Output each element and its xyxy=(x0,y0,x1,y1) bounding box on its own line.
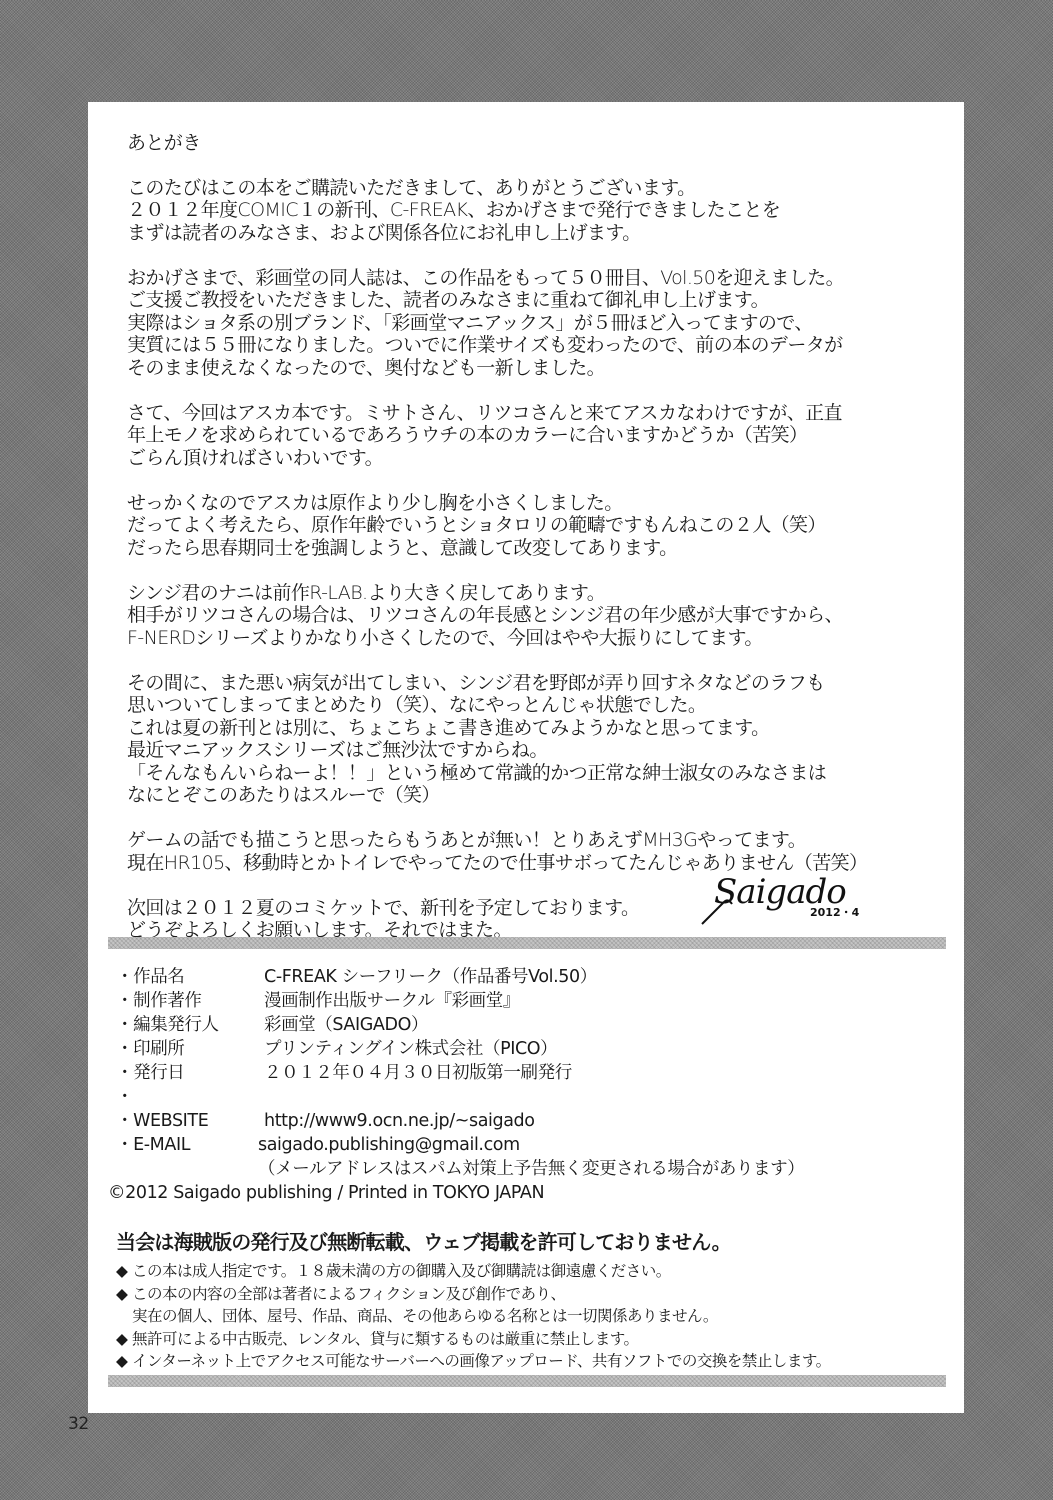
colophon-label: ・発行日 xyxy=(116,1061,264,1085)
text-line: シンジ君のナニは前作R-LAB.より大きく戻してあります。 xyxy=(127,582,937,605)
separator-bar xyxy=(108,937,946,949)
afterword-paragraph: このたびはこの本をご購読いただきまして、ありがとうございます。 ２０１２年度CO… xyxy=(127,177,937,245)
text-line: おかげさまで、彩画堂の同人誌は、この作品をもって５０冊目、Vol.50を迎えまし… xyxy=(127,267,937,290)
colophon-label: ・作品名 xyxy=(116,965,264,989)
colophon-value: C-FREAK シーフリーク（作品番号Vol.50） xyxy=(264,965,597,989)
text-line: なにとぞこのあたりはスルーで（笑） xyxy=(127,784,937,807)
notice-title: 当会は海賊版の発行及び無断転載、ウェブ掲載を許可しておりません。 xyxy=(116,1228,956,1256)
text-line: そのまま使えなくなったので、奥付なども一新しました。 xyxy=(127,357,937,380)
copyright-line: ©2012 Saigado publishing / Printed in TO… xyxy=(108,1181,946,1205)
author-signature: Saigado 2012・4 xyxy=(698,862,898,932)
text-line: このたびはこの本をご購読いただきまして、ありがとうございます。 xyxy=(127,177,937,200)
text-line: 思いついてしまってまとめたり（笑）、なにやっとんじゃ状態でした。 xyxy=(127,694,937,717)
notice-item: ◆インターネット上でアクセス可能なサーバーへの画像アップロード、共有ソフトでの交… xyxy=(116,1350,956,1373)
afterword-paragraph: さて、今回はアスカ本です。ミサトさん、リツコさんと来てアスカなわけですが、正直 … xyxy=(127,402,937,470)
text-line: だってよく考えたら、原作年齢でいうとショタロリの範疇ですもんねこの２人（笑） xyxy=(127,514,937,537)
document-page: あとがき このたびはこの本をご購読いただきまして、ありがとうございます。 ２０１… xyxy=(88,102,964,1413)
text-line: さて、今回はアスカ本です。ミサトさん、リツコさんと来てアスカなわけですが、正直 xyxy=(127,402,937,425)
colophon: ・作品名 C-FREAK シーフリーク（作品番号Vol.50） ・制作著作 漫画… xyxy=(116,965,946,1205)
text-line: F-NERDシリーズよりかなり小さくしたので、今回はやや大振りにしてます。 xyxy=(127,627,937,650)
colophon-label: ・印刷所 xyxy=(116,1037,264,1061)
text-line: だったら思春期同士を強調しようと、意識して改変してあります。 xyxy=(127,537,937,560)
colophon-email-note: （メールアドレスはスパム対策上予告無く変更される場合があります） xyxy=(116,1157,946,1181)
notice-item: ◆この本の内容の全部は著者によるフィクション及び創作であり、 xyxy=(116,1283,956,1306)
colophon-row-email: ・E-MAIL saigado.publishing@gmail.com xyxy=(116,1133,946,1157)
text-line: ご支援ご教授をいただきました、読者のみなさまに重ねて御礼申し上げます。 xyxy=(127,289,937,312)
colophon-row-website: ・WEBSITE http://www9.ocn.ne.jp/~saigado xyxy=(116,1109,946,1133)
diamond-bullet-icon: ◆ xyxy=(116,1350,132,1373)
colophon-label: ・WEBSITE xyxy=(116,1109,264,1133)
text-line: ゲームの話でも描こうと思ったらもうあとが無い！とりあえずMH3Gやってます。 xyxy=(127,829,937,852)
afterword-paragraph: シンジ君のナニは前作R-LAB.より大きく戻してあります。 相手がリツコさんの場… xyxy=(127,582,937,650)
notice-item-text: インターネット上でアクセス可能なサーバーへの画像アップロード、共有ソフトでの交換… xyxy=(132,1352,831,1370)
colophon-row-title: ・作品名 C-FREAK シーフリーク（作品番号Vol.50） xyxy=(116,965,946,989)
diamond-bullet-icon: ◆ xyxy=(116,1260,132,1283)
diamond-bullet-icon: ◆ xyxy=(116,1283,132,1306)
notice-item-continuation: 実在の個人、団体、屋号、作品、商品、その他あらゆる名称とは一切関係ありません。 xyxy=(116,1305,956,1328)
notice-item-text: 無許可による中古販売、レンタル、貸与に類するものは厳重に禁止します。 xyxy=(132,1330,639,1348)
colophon-row-date: ・発行日 ２０１２年０４月３０日初版第一刷発行 xyxy=(116,1061,946,1085)
text-line: せっかくなのでアスカは原作より少し胸を小さくしました。 xyxy=(127,492,937,515)
colophon-row-publisher: ・編集発行人 彩画堂（SAIGADO） xyxy=(116,1013,946,1037)
colophon-row-empty: ・ xyxy=(116,1085,946,1109)
text-line: ２０１２年度COMIC１の新刊、C-FREAK、おかげさまで発行できましたことを xyxy=(127,199,937,222)
page-number: 32 xyxy=(68,1414,89,1434)
separator-bar xyxy=(108,1375,946,1387)
email-note-text: （メールアドレスはスパム対策上予告無く変更される場合があります） xyxy=(258,1157,804,1181)
notice-item-text: この本は成人指定です。１８歳未満の方の御購入及び御購読は御遠慮ください。 xyxy=(132,1262,671,1280)
text-line: 「そんなもんいらねーよ！！」という極めて常識的かつ正常な紳士淑女のみなさまは xyxy=(127,762,937,785)
colophon-row-printer: ・印刷所 プリンティングイン株式会社（PICO） xyxy=(116,1037,946,1061)
afterword-paragraph: せっかくなのでアスカは原作より少し胸を小さくしました。 だってよく考えたら、原作… xyxy=(127,492,937,560)
colophon-value: 漫画制作出版サークル『彩画堂』 xyxy=(264,989,520,1013)
afterword-heading: あとがき xyxy=(127,132,937,155)
diamond-bullet-icon: ◆ xyxy=(116,1328,132,1351)
notice-item-text: この本の内容の全部は著者によるフィクション及び創作であり、 xyxy=(132,1285,565,1303)
website-link[interactable]: http://www9.ocn.ne.jp/~saigado xyxy=(264,1109,535,1133)
colophon-label: ・ xyxy=(116,1085,264,1109)
text-line: 実質には５５冊になりました。ついでに作業サイズも変わったので、前の本のデータが xyxy=(127,334,937,357)
text-line: これは夏の新刊とは別に、ちょこちょこ書き進めてみようかなと思ってます。 xyxy=(127,717,937,740)
afterword-paragraph: おかげさまで、彩画堂の同人誌は、この作品をもって５０冊目、Vol.50を迎えまし… xyxy=(127,267,937,380)
text-line: まずは読者のみなさま、および関係各位にお礼申し上げます。 xyxy=(127,222,937,245)
notice-item: ◆無許可による中古販売、レンタル、貸与に類するものは厳重に禁止します。 xyxy=(116,1328,956,1351)
text-line: 年上モノを求められているであろうウチの本のカラーに合いますかどうか（苦笑） xyxy=(127,424,937,447)
email-link[interactable]: saigado.publishing@gmail.com xyxy=(258,1133,520,1157)
afterword-paragraph: その間に、また悪い病気が出てしまい、シンジ君を野郎が弄り回すネタなどのラフも 思… xyxy=(127,672,937,807)
colophon-row-producer: ・制作著作 漫画制作出版サークル『彩画堂』 xyxy=(116,989,946,1013)
text-line: 相手がリツコさんの場合は、リツコさんの年長感とシンジ君の年少感が大事ですから、 xyxy=(127,604,937,627)
colophon-value: プリンティングイン株式会社（PICO） xyxy=(264,1037,557,1061)
colophon-label: ・編集発行人 xyxy=(116,1013,264,1037)
text-line: 実際はショタ系の別ブランド、「彩画堂マニアックス」が５冊ほど入ってますので、 xyxy=(127,312,937,335)
colophon-value: 彩画堂（SAIGADO） xyxy=(264,1013,428,1037)
signature-date: 2012・4 xyxy=(810,904,859,920)
legal-notice: 当会は海賊版の発行及び無断転載、ウェブ掲載を許可しておりません。 ◆この本は成人… xyxy=(116,1228,956,1373)
text-line: 最近マニアックスシリーズはご無沙汰ですからね。 xyxy=(127,739,937,762)
text-line: ごらん頂ければさいわいです。 xyxy=(127,447,937,470)
afterword-section: あとがき このたびはこの本をご購読いただきまして、ありがとうございます。 ２０１… xyxy=(127,132,937,964)
notice-item: ◆この本は成人指定です。１８歳未満の方の御購入及び御購読は御遠慮ください。 xyxy=(116,1260,956,1283)
colophon-label: ・E-MAIL xyxy=(116,1133,264,1157)
text-line: その間に、また悪い病気が出てしまい、シンジ君を野郎が弄り回すネタなどのラフも xyxy=(127,672,937,695)
colophon-label: ・制作著作 xyxy=(116,989,264,1013)
notice-item-text: 実在の個人、団体、屋号、作品、商品、その他あらゆる名称とは一切関係ありません。 xyxy=(132,1307,718,1325)
colophon-value: ２０１２年０４月３０日初版第一刷発行 xyxy=(264,1061,572,1085)
